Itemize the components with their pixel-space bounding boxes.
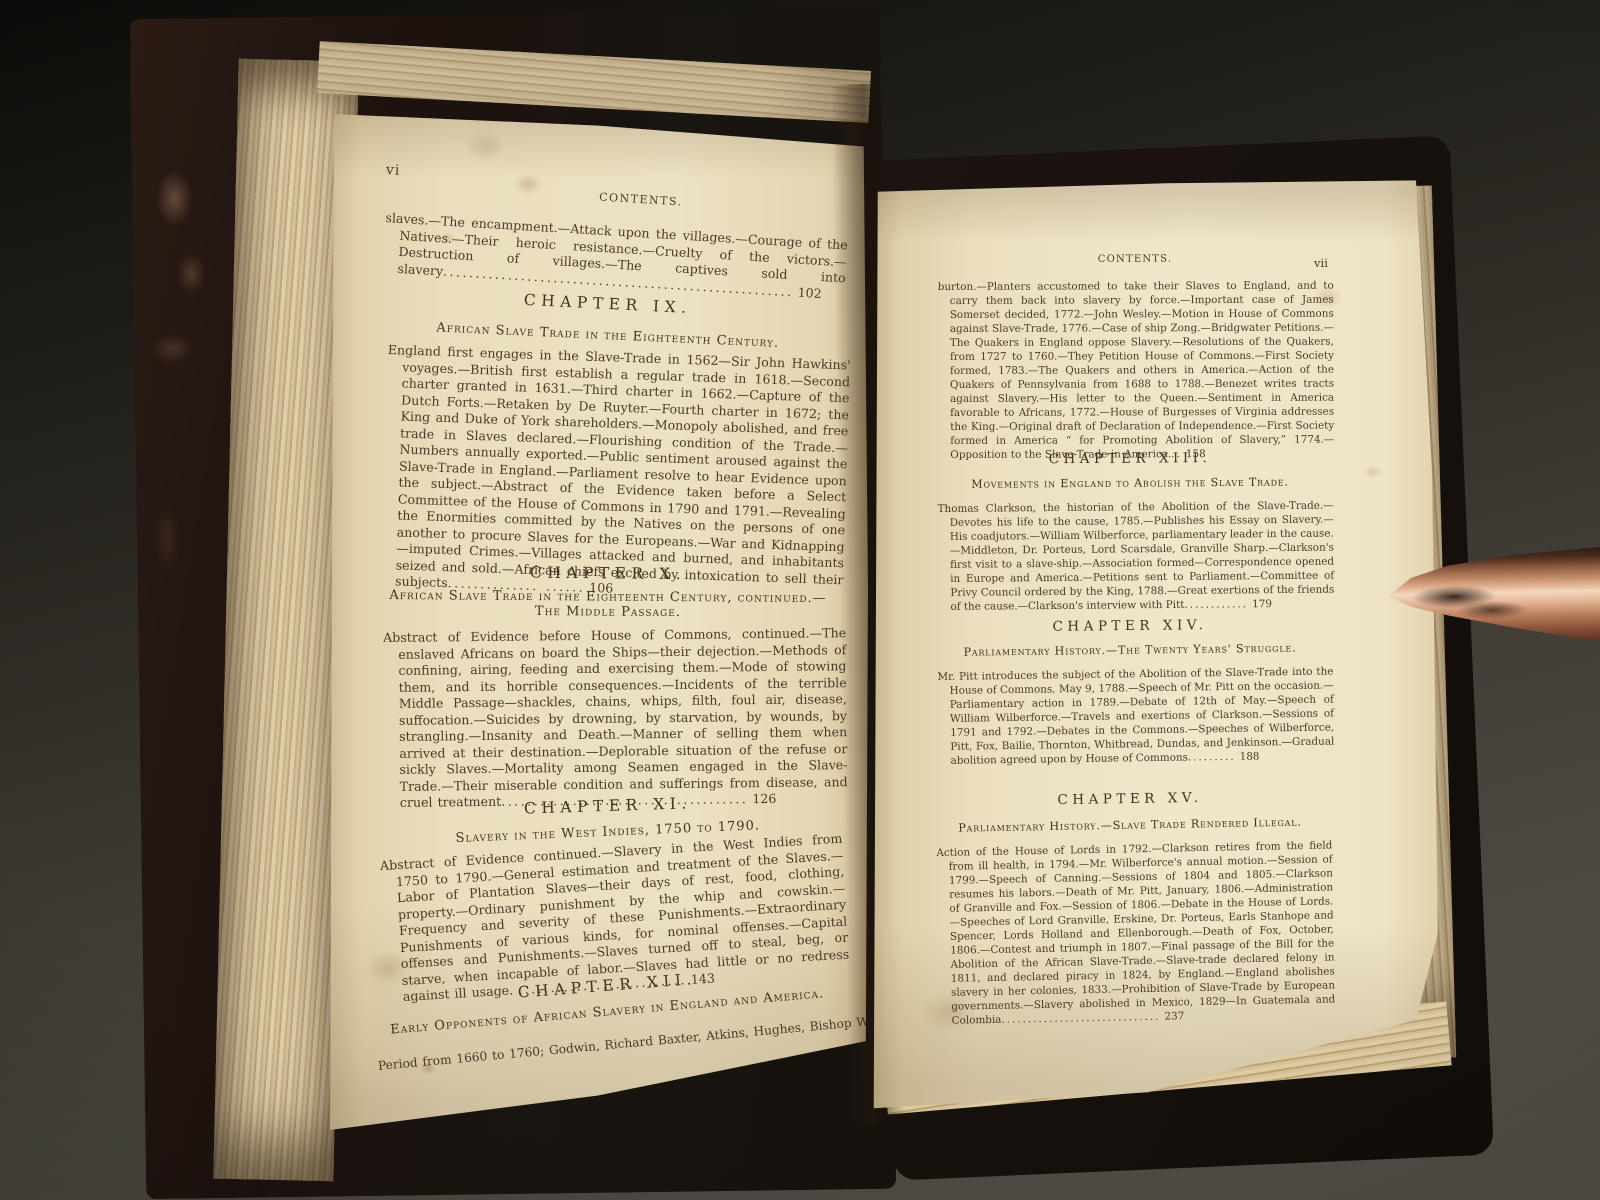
left-page: vi CONTENTS. slaves.—The encampment.—Att…	[328, 88, 868, 1132]
right-page: CONTENTS. vii burton.—Planters accustome…	[868, 172, 1443, 1112]
dot-leader: .........	[1188, 751, 1236, 764]
toc-entry-text: Thomas Clarkson, the historian of the Ab…	[938, 500, 1335, 613]
chapter-heading: CHAPTER XV.	[938, 788, 1322, 810]
chapter-title: Parliamentary History.—Slave Trade Rende…	[938, 815, 1322, 835]
toc-entry: Abstract of Evidence before House of Com…	[383, 625, 848, 811]
chapter-title: Parliamentary History.—The Twenty Years'…	[938, 641, 1322, 659]
chapter-title: Movements in England to Abolish the Slav…	[938, 475, 1322, 491]
toc-entry: burton.—Planters accustomed to take thei…	[938, 279, 1335, 462]
running-header: CONTENTS.	[556, 188, 726, 211]
dot-leader: ..............................	[1001, 1011, 1160, 1026]
dot-leader: ............	[1184, 598, 1248, 611]
toc-entry: Mr. Pitt introduces the subject of the A…	[937, 664, 1334, 768]
page-ref: 237	[1160, 1010, 1184, 1022]
page-ref: 179	[1248, 598, 1272, 610]
toc-entry: Thomas Clarkson, the historian of the Ab…	[938, 499, 1335, 614]
photo-background: vi CONTENTS. slaves.—The encampment.—Att…	[0, 0, 1600, 1200]
chapter-title: African Slave Trade in the Eighteenth Ce…	[384, 588, 832, 621]
running-header: CONTENTS.	[1050, 253, 1220, 265]
toc-entry: Action of the House of Lords in 1792.—Cl…	[936, 838, 1335, 1028]
toc-entry-text: Mr. Pitt introduces the subject of the A…	[937, 665, 1334, 766]
page-number: vii	[1314, 256, 1328, 270]
page-number: vi	[386, 162, 401, 179]
toc-entry-text: Action of the House of Lords in 1792.—Cl…	[936, 839, 1335, 1026]
chapter-heading: CHAPTER XIV.	[938, 616, 1322, 636]
page-ref: 188	[1236, 751, 1260, 763]
toc-entry-text: Abstract of Evidence before House of Com…	[383, 625, 848, 810]
chapter-heading: CHAPTER XIII.	[938, 449, 1322, 468]
page-ref: 102	[793, 284, 822, 301]
toc-entry-text: burton.—Planters accustomed to take thei…	[938, 280, 1335, 461]
toc-entry-text: England first engages in the Slave-Trade…	[388, 342, 851, 590]
